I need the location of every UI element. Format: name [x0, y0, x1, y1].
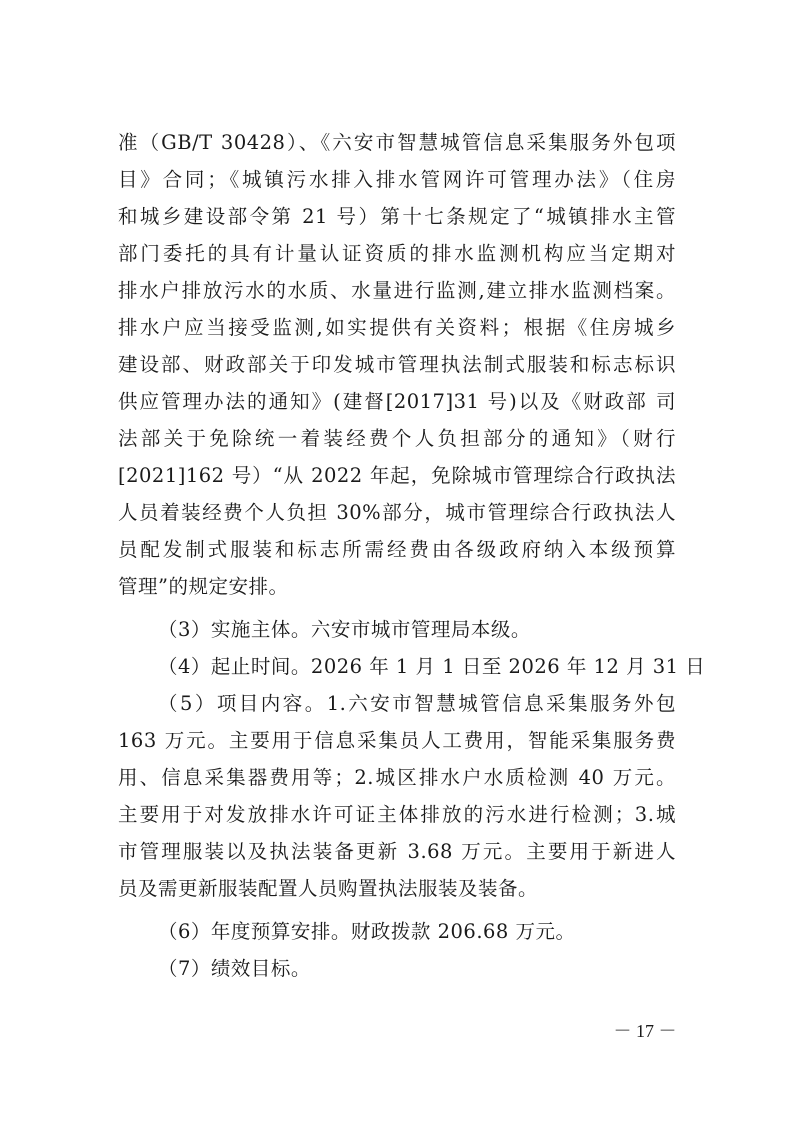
text-line: （6）年度预算安排。财政拨款 206.68 万元。 [158, 917, 676, 947]
text-line: 准（GB/T 30428）、《六安市智慧城管信息采集服务外包项 [118, 128, 676, 158]
text-line: 法部关于免除统一着装经费个人负担部分的通知》（财行 [118, 424, 676, 454]
text-line: 主要用于对发放排水许可证主体排放的污水进行检测；3.城 [118, 800, 676, 830]
document-page: 准（GB/T 30428）、《六安市智慧城管信息采集服务外包项目》合同；《城镇污… [0, 0, 793, 1122]
text-line: 市管理服装以及执法装备更新 3.68 万元。主要用于新进人 [118, 837, 676, 867]
text-line: [2021]162 号）“从 2022 年起，免除城市管理综合行政执法 [118, 461, 676, 491]
text-line: 163 万元。主要用于信息采集员人工费用，智能采集服务费 [118, 726, 676, 756]
text-line: 员配发制式服装和标志所需经费由各级政府纳入本级预算 [118, 535, 676, 565]
text-line: 建设部、财政部关于印发城市管理执法制式服装和标志标识 [118, 350, 676, 380]
text-line: （3）实施主体。六安市城市管理局本级。 [158, 615, 676, 645]
text-line: 人员着装经费个人负担 30%部分，城市管理综合行政执法人 [118, 498, 676, 528]
text-line: 用、信息采集器费用等；2.城区排水户水质检测 40 万元。 [118, 763, 676, 793]
text-line: 和城乡建设部令第 21 号）第十七条规定了“城镇排水主管 [118, 202, 676, 232]
text-line: 员及需更新服装配置人员购置执法服装及装备。 [118, 874, 676, 904]
text-line: 排水户排放污水的水质、水量进行监测,建立排水监测档案。 [118, 276, 676, 306]
text-line: 排水户应当接受监测,如实提供有关资料；根据《住房城乡 [118, 313, 676, 343]
page-number: － 17 － [600, 1019, 690, 1043]
text-line: （5）项目内容。1.六安市智慧城管信息采集服务外包 [158, 689, 676, 719]
text-line: 目》合同；《城镇污水排入排水管网许可管理办法》（住房 [118, 165, 676, 195]
text-line: 部门委托的具有计量认证资质的排水监测机构应当定期对 [118, 239, 676, 269]
text-line: 供应管理办法的通知》(建督[2017]31 号)以及《财政部 司 [118, 387, 676, 417]
text-line: （7）绩效目标。 [158, 954, 676, 984]
text-line: （4）起止时间。2026 年 1 月 1 日至 2026 年 12 月 31 日 [158, 652, 676, 682]
text-line: 管理”的规定安排。 [118, 572, 676, 602]
